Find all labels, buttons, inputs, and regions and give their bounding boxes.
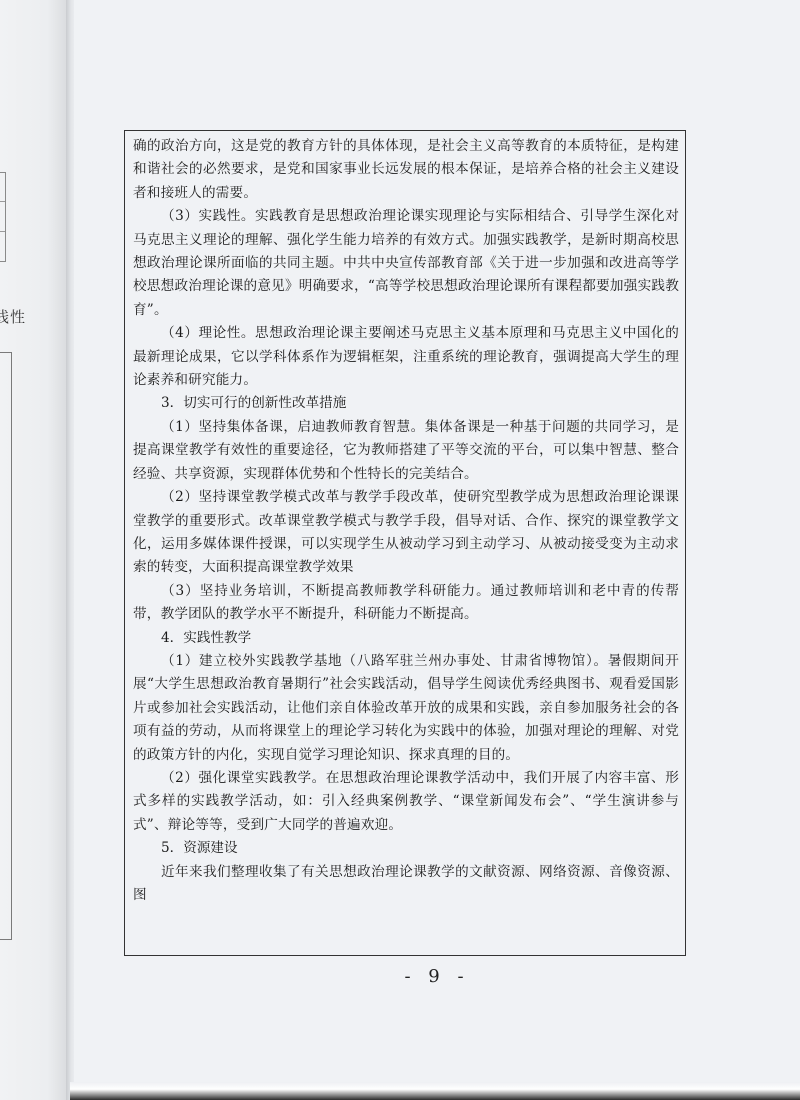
page-number: - 9 - xyxy=(74,966,800,987)
paragraph-practicality: （3）实践性。实践教育是思想政治理论课实现理论与实际相结合、引导学生深化对马克思… xyxy=(133,205,679,322)
table-row-divider xyxy=(0,201,5,202)
table-row-divider xyxy=(0,231,5,232)
paragraph-reform-3: （3）坚持业务培训，不断提高教师教学科研能力。通过教师培训和老中青的传帮带，教学… xyxy=(133,580,679,627)
section-heading-practice-teaching: 4．实践性教学 xyxy=(133,627,679,650)
section-heading-resources: 5．资源建设 xyxy=(133,837,679,860)
paragraph-reform-1: （1）坚持集体备课，启迪教师教育智慧。集体备课是一种基于问题的共同学习，是提高课… xyxy=(133,416,679,486)
page-bottom-edge xyxy=(70,1082,800,1100)
paragraph-practice-1: （1）建立校外实践教学基地（八路军驻兰州办事处、甘肃省博物馆）。暑假期间开展“大… xyxy=(133,650,679,767)
paragraph-reform-2: （2）坚持课堂教学模式改革与教学手段改革，使研究型教学成为思想政治理论课课堂教学… xyxy=(133,486,679,580)
section-heading-reform-measures: 3．切实可行的创新性改革措施 xyxy=(133,392,679,415)
paragraph-continued: 确的政治方向，这是党的教育方针的具体体现，是社会主义高等教育的本质特征，是构建和… xyxy=(133,135,679,205)
paragraph-theoretical: （4）理论性。思想政治理论课主要阐述马克思主义基本原理和马克思主义中国化的最新理… xyxy=(133,322,679,392)
document-page: 确的政治方向，这是党的教育方针的具体体现，是社会主义高等教育的本质特征，是构建和… xyxy=(74,0,800,1100)
facing-page-content-box xyxy=(0,352,12,940)
facing-page-edge: 践性 xyxy=(0,0,68,1100)
facing-page-table xyxy=(0,172,6,262)
facing-page-heading: 践性 xyxy=(0,306,26,327)
paragraph-practice-2: （2）强化课堂实践教学。在思想政治理论课教学活动中，我们开展了内容丰富、形式多样… xyxy=(133,767,679,837)
paragraph-resources-1: 近年来我们整理收集了有关思想政治理论课教学的文献资源、网络资源、音像资源、图 xyxy=(133,861,679,908)
content-frame: 确的政治方向，这是党的教育方针的具体体现，是社会主义高等教育的本质特征，是构建和… xyxy=(124,130,686,956)
